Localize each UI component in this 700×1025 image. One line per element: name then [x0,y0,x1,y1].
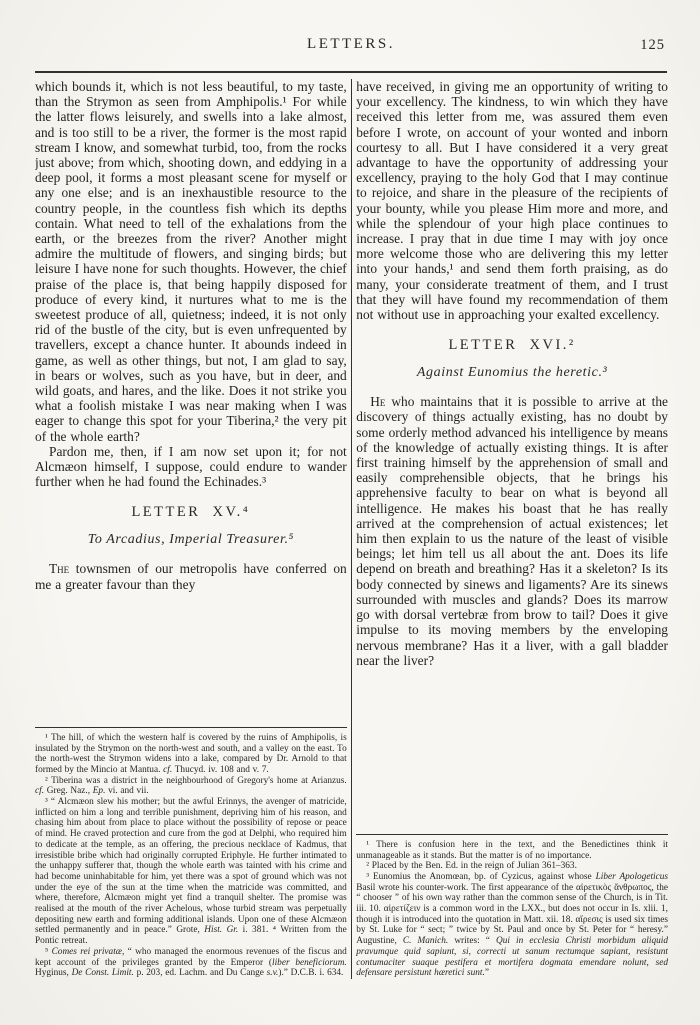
book-page: LETTERS. 125 which bounds it, which is n… [0,0,700,1025]
footnote-1: ¹ The hill, of which the western half is… [35,733,347,776]
page-header: LETTERS. 125 [35,36,667,56]
left-column: which bounds it, which is not less beaut… [35,79,347,979]
left-footnotes: ¹ The hill, of which the western half is… [35,733,347,979]
right-column: have received, in giving me an opportuni… [356,79,668,979]
footnote-3: ³ Eunomius the Anomœan, bp. of Cyzicus, … [356,872,668,979]
paragraph-pardon: Pardon me, then, if I am now set upon it… [35,444,347,490]
two-column-text-block: which bounds it, which is not less beaut… [35,79,668,979]
running-title: LETTERS. [35,36,667,53]
footnote-2: ² Tiberina was a district in the neighbo… [35,776,347,797]
left-footnote-block: ¹ The hill, of which the western half is… [35,723,347,979]
footnote-5: ⁵ Comes rei privatæ, “ who managed the e… [35,947,347,979]
footnote-rule [35,727,347,728]
letter-xv-heading: LETTER XV.⁴ [35,504,347,521]
header-rule [35,71,667,73]
letter-xvi-subheading: Against Eunomius the heretic.³ [356,365,668,381]
right-footnotes: ¹ There is confusion here in the text, a… [356,840,668,979]
paragraph-he-who-maintains: He who maintains that it is possible to … [356,394,668,668]
letter-xvi-heading: LETTER XVI.² [356,337,668,354]
column-divider-rule [351,79,353,979]
footnote-3-and-4: ³ “ Alcmæon slew his mother; but the awf… [35,797,347,947]
paragraph-continuation: which bounds it, which is not less beaut… [35,79,347,444]
paragraph-continuation: have received, in giving me an opportuni… [356,79,668,322]
footnote-1: ¹ There is confusion here in the text, a… [356,840,668,861]
page-number: 125 [640,37,665,54]
letter-xv-subheading: To Arcadius, Imperial Treasurer.⁵ [35,532,347,548]
right-footnote-block: ¹ There is confusion here in the text, a… [356,830,668,979]
footnote-2: ² Placed by the Ben. Ed. in the reign of… [356,861,668,872]
paragraph-townsmen: The townsmen of our metropolis have conf… [35,561,347,591]
footnote-rule [356,834,668,835]
